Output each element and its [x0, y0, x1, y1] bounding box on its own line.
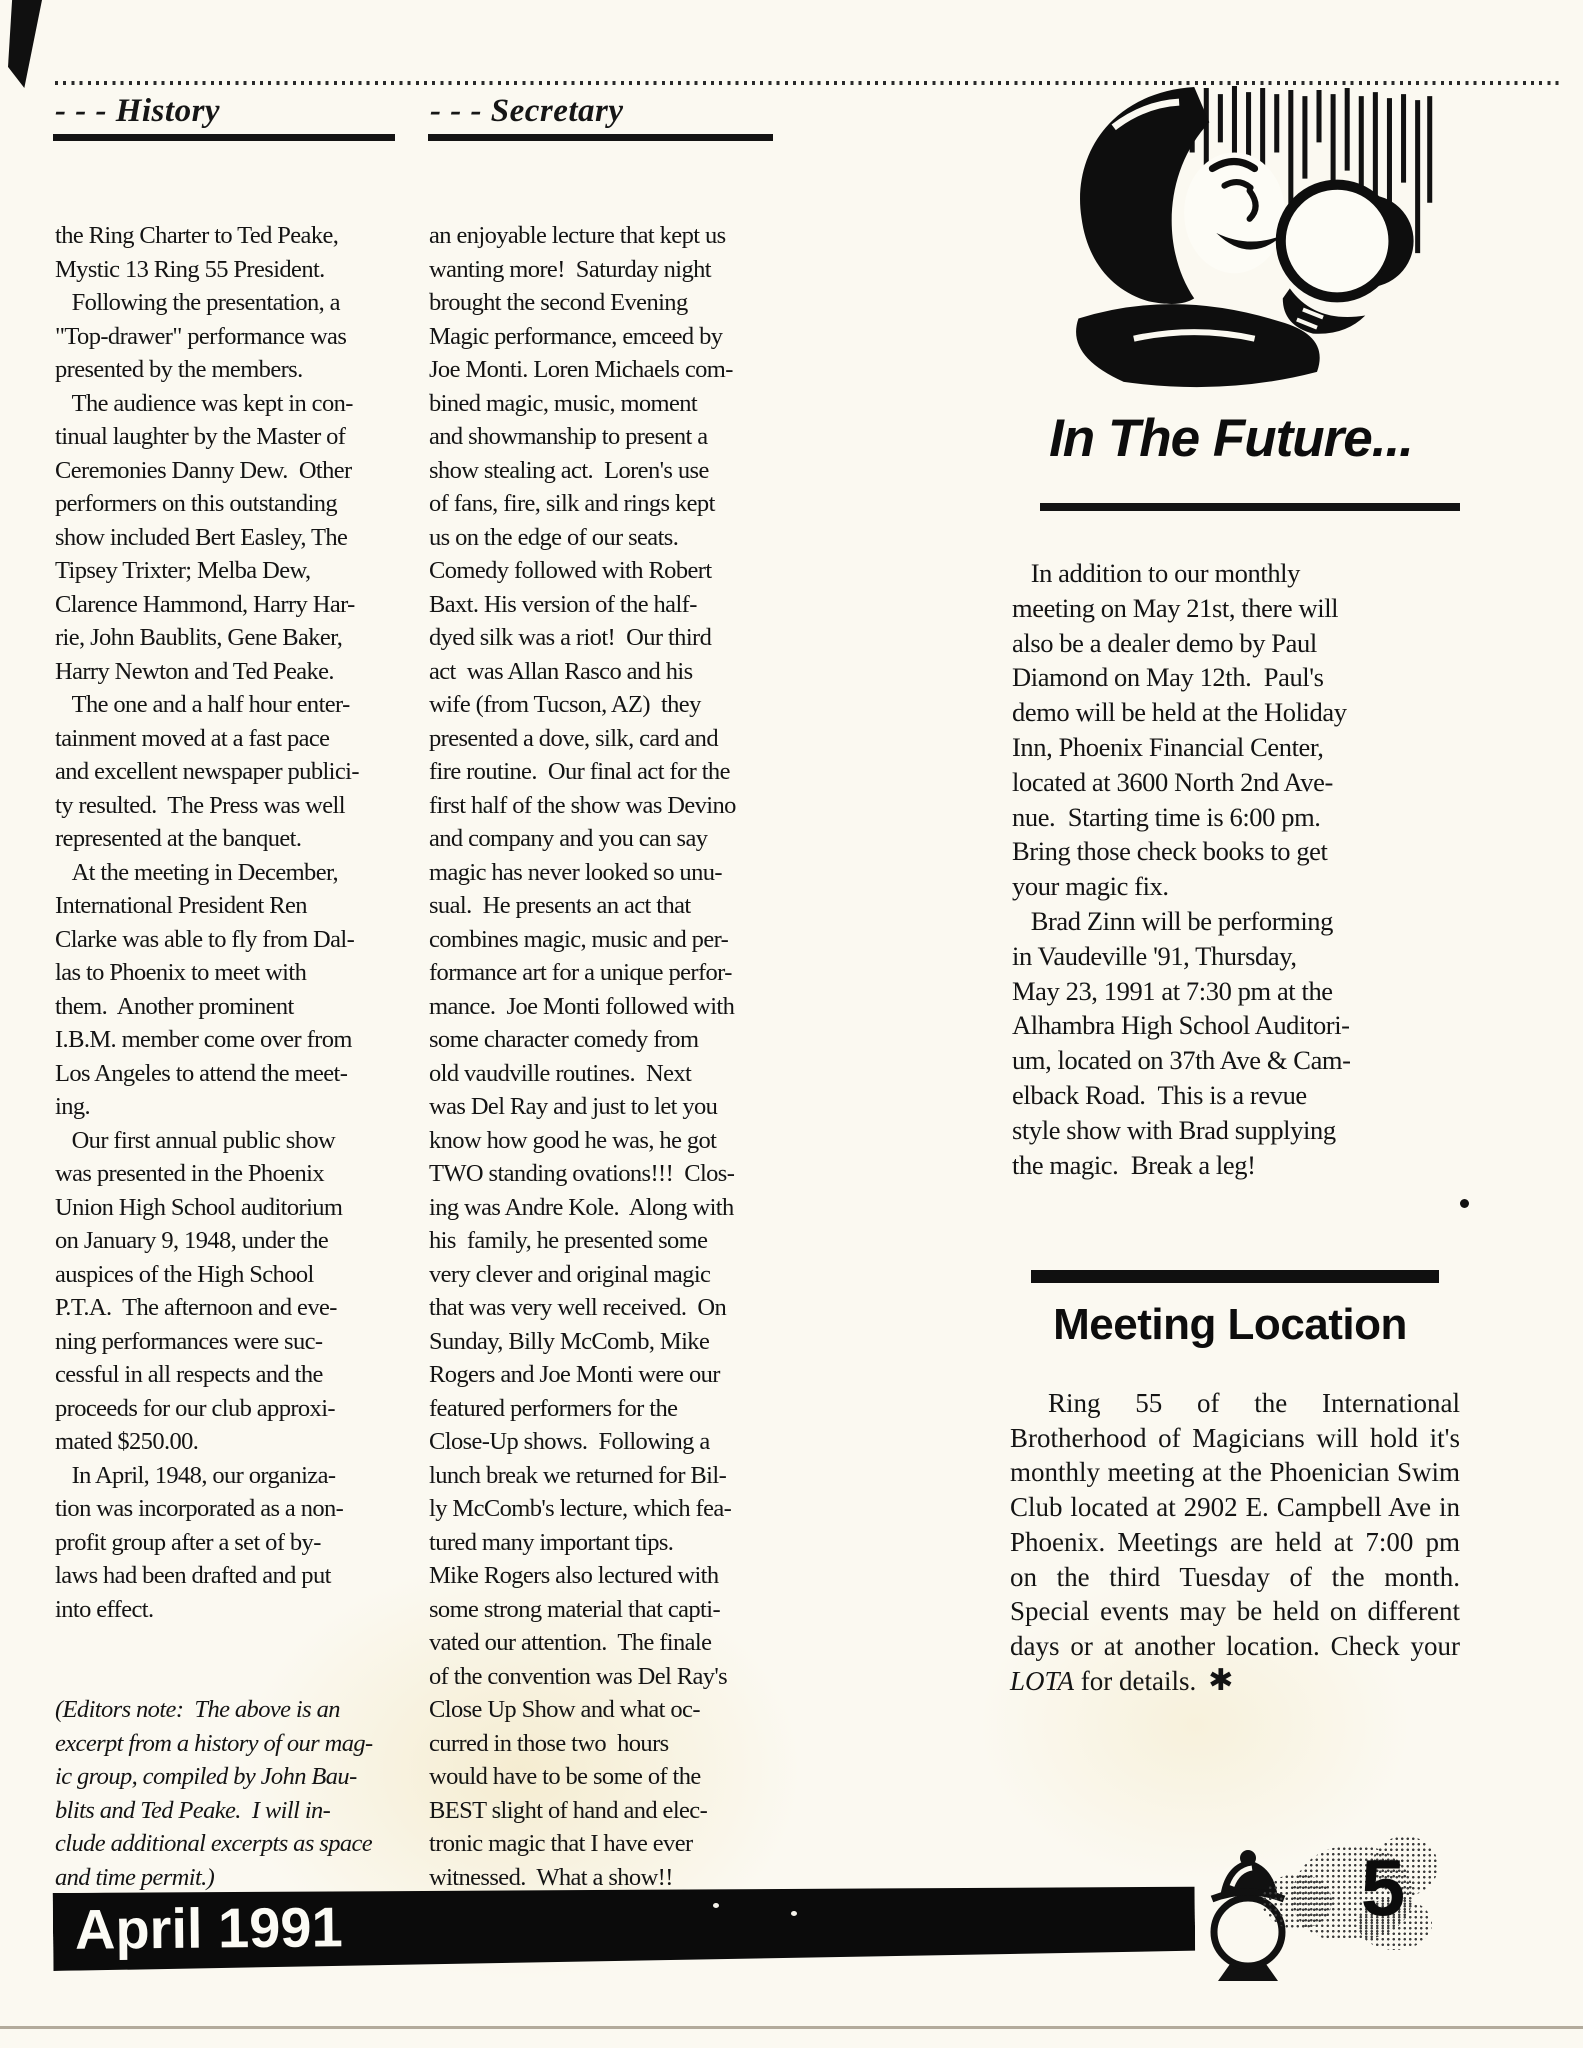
future-column-text: In addition to our monthly meeting on Ma…	[1012, 556, 1464, 1182]
newsletter-page: - - - History the Ring Charter to Ted Pe…	[0, 0, 1583, 2048]
meeting-location-text: Ring 55 of the International Brotherhood…	[1010, 1386, 1460, 1698]
lota-title: LOTA	[1010, 1666, 1074, 1696]
scan-corner-mark	[8, 0, 42, 88]
future-heading-rule	[1040, 503, 1460, 511]
meeting-section-bar	[1031, 1270, 1439, 1283]
history-section-header: - - - History	[55, 93, 220, 133]
banner-speck	[791, 1911, 797, 1916]
banner-speck	[713, 1903, 719, 1908]
editors-note: (Editors note: The above is an excerpt f…	[55, 1693, 415, 1894]
end-star-icon: ✱	[1208, 1664, 1233, 1697]
meeting-location-heading: Meeting Location	[1008, 1300, 1452, 1350]
secretary-section-header: - - - Secretary	[430, 93, 624, 133]
issue-date: April 1991	[75, 1894, 343, 1962]
history-column-text: the Ring Charter to Ted Peake, Mystic 13…	[55, 152, 415, 1961]
history-header-rule	[53, 134, 395, 141]
meeting-lead: Ring 55 of the International Brotherhood…	[1010, 1388, 1460, 1661]
page-number: 5	[1348, 1842, 1418, 1934]
future-section-heading: In The Future...	[1000, 408, 1462, 469]
secretary-header-rule	[428, 134, 773, 141]
scan-edge-line	[0, 2026, 1583, 2029]
meeting-tail: for details.	[1074, 1666, 1196, 1696]
footer-banner: April 1991	[53, 1882, 1196, 1971]
secretary-column-text: an enjoyable lecture that kept us wantin…	[429, 152, 793, 1995]
history-body: the Ring Charter to Ted Peake, Mystic 13…	[55, 219, 415, 1626]
secretary-body: an enjoyable lecture that kept us wantin…	[429, 219, 793, 1928]
stray-ink-dot	[1460, 1199, 1469, 1208]
magician-crystal-ball-illustration	[1042, 82, 1437, 394]
